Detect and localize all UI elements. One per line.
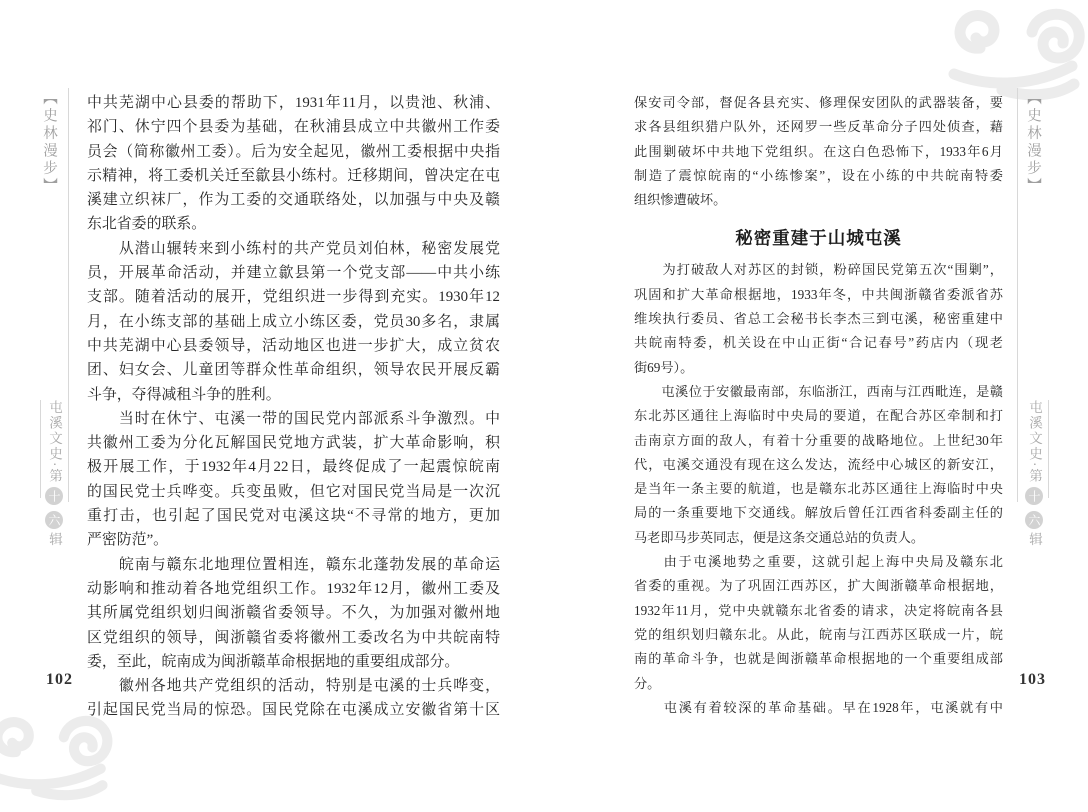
text-line: 共徽州工委为分化瓦解国民党地方武装，扩大革命影响，积	[87, 431, 500, 455]
text-line: 溪建立织袜厂，作为工委的交通联络处，以加强与中央及赣	[87, 188, 500, 212]
text-line: 求各县组织猎户队外，还网罗一些反革命分子四处侦查，藉	[634, 115, 1003, 139]
text-line: 中共芜湖中心县委领导，活动地区也进一步扩大，成立贫农	[87, 334, 500, 358]
text-line: 马老即马步英同志，便是这条交通总站的负责人。	[634, 526, 1003, 550]
right-page-intro: 保安司令部，督促各县充实、修理保安团队的武器装备，要求各县组织猎户队外，还网罗一…	[634, 91, 1003, 212]
volume-suffix: 辑	[47, 532, 62, 548]
text-line: 员会（简称徽州工委）。后为安全起见，徽州工委根据中央指	[87, 140, 500, 164]
volume-circled-char: 六	[45, 511, 63, 529]
volume-prefix: 屯溪文史·第	[47, 400, 62, 484]
volume-suffix: 辑	[1027, 532, 1042, 548]
text-line: 重打击，也引起了国民党对屯溪这块“不寻常的地方，更加	[87, 504, 500, 528]
text-line: 保安司令部，督促各县充实、修理保安团队的武器装备，要	[634, 91, 1003, 115]
text-line: 党的组织划归赣东北。从此，皖南与江西苏区联成一片，皖	[634, 623, 1003, 647]
right-page-body: 为打破敌人对苏区的封锁，粉碎国民党第五次“围剿”，巩固和扩大革命根据地，1933…	[634, 258, 1003, 720]
text-line: 1932年11月，党中央就赣东北省委的请求，决定将皖南各县	[634, 599, 1003, 623]
text-line: 严密防范”。	[87, 528, 500, 552]
text-line: 代，屯溪交通没有现在这么发达，流经中心城区的新安江，	[634, 453, 1003, 477]
text-line: 街69号）。	[634, 356, 1003, 380]
volume-label-right: 屯溪文史·第十六辑	[1024, 400, 1044, 548]
volume-label-left: 屯溪文史·第十六辑	[44, 400, 64, 548]
text-line: 极开展工作，于1932年4月22日，最终促成了一起震惊皖南	[87, 455, 500, 479]
text-line: 南的革命斗争，也就是闽浙赣革命根据地的一个重要组成部	[634, 647, 1003, 671]
right-page-text: 保安司令部，督促各县充实、修理保安团队的武器装备，要求各县组织猎户队外，还网罗一…	[634, 91, 1003, 720]
text-line: 击南京方面的敌人，有着十分重要的战略地位。上世纪30年	[634, 429, 1003, 453]
margin-divider	[68, 88, 69, 502]
text-line: 当时在休宁、屯溪一带的国民党内部派系斗争激烈。中	[87, 407, 500, 431]
margin-divider	[1048, 400, 1049, 498]
text-line: 屯溪有着较深的革命基础。早在1928年，屯溪就有中	[634, 696, 1003, 720]
text-line: 徽州各地共产党组织的活动，特别是屯溪的士兵哗变，	[87, 674, 500, 698]
text-line: 局的一条重要地下交通线。解放后曾任江西省科委副主任的	[634, 501, 1003, 525]
text-line: 屯溪位于安徽最南部，东临浙江，西南与江西毗连，是赣	[634, 380, 1003, 404]
book-spread: { "colors": { "text": "#262626", "muted_…	[0, 0, 1088, 812]
text-line: 的国民党士兵哗变。兵变虽败，但它对国民党当局是一次沉	[87, 480, 500, 504]
text-line: 中共芜湖中心县委的帮助下，1931年11月，以贵池、秋浦、	[87, 91, 500, 115]
text-line: 为打破敌人对苏区的封锁，粉碎国民党第五次“围剿”，	[634, 258, 1003, 282]
text-line: 区党组织的领导，闽浙赣省委将徽州工委改名为中共皖南特	[87, 626, 500, 650]
text-line: 斗争，夺得减租斗争的胜利。	[87, 383, 500, 407]
text-line: 月，在小练支部的基础上成立小练区委，党员30多名，隶属	[87, 310, 500, 334]
text-line: 皖南与赣东北地理位置相连，赣东北蓬勃发展的革命运	[87, 553, 500, 577]
text-line: 从潜山辗转来到小练村的共产党员刘伯林，秘密发展党	[87, 237, 500, 261]
text-line: 巩固和扩大革命根据地，1933年冬，中共闽浙赣省委派省苏	[634, 283, 1003, 307]
volume-circled-char: 六	[1025, 511, 1043, 529]
text-line: 共皖南特委，机关设在中山正街“合记春号”药店内（现老	[634, 331, 1003, 355]
series-title-left: 【史林漫步】	[39, 90, 60, 195]
margin-divider	[40, 400, 41, 498]
series-title-right: 【史林漫步】	[1023, 90, 1044, 195]
text-line: 东北苏区通往上海临时中央局的要道，在配合苏区牵制和打	[634, 404, 1003, 428]
text-line: 其所属党组织划归闽浙赣省委领导。不久，为加强对徽州地	[87, 601, 500, 625]
text-line: 示精神，将工委机关迁至歙县小练村。迁移期间，曾决定在屯	[87, 164, 500, 188]
margin-divider	[1017, 88, 1018, 502]
text-line: 此围剿破坏中共地下党组织。在这白色恐怖下，1933年6月	[634, 140, 1003, 164]
text-line: 维埃执行委员、省总工会秘书长李杰三到屯溪，秘密重建中	[634, 307, 1003, 331]
text-line: 支部。随着活动的展开，党组织进一步得到充实。1930年12	[87, 285, 500, 309]
left-page-text: 中共芜湖中心县委的帮助下，1931年11月，以贵池、秋浦、祁门、休宁四个县委为基…	[87, 91, 500, 723]
text-line: 动影响和推动着各地党组织工作。1932年12月，徽州工委及	[87, 577, 500, 601]
text-line: 引起国民党当局的惊恐。国民党除在屯溪成立安徽省第十区	[87, 698, 500, 722]
text-line: 是当年一条主要的航道，也是赣东北苏区通往上海临时中央	[634, 477, 1003, 501]
volume-prefix: 屯溪文史·第	[1027, 400, 1042, 484]
text-line: 员，开展革命活动，并建立歙县第一个党支部——中共小练	[87, 261, 500, 285]
text-line: 分。	[634, 672, 1003, 696]
page-number-right: 103	[1019, 671, 1046, 689]
text-line: 省委的重视。为了巩固江西苏区，扩大闽浙赣革命根据地，	[634, 574, 1003, 598]
text-line: 团、妇女会、儿童团等群众性革命组织，领导农民开展反霸	[87, 358, 500, 382]
text-line: 由于屯溪地势之重要，这就引起上海中央局及赣东北	[634, 550, 1003, 574]
text-line: 祁门、休宁四个县委为基础，在秋浦县成立中共徽州工作委	[87, 115, 500, 139]
text-line: 东北省委的联系。	[87, 212, 500, 236]
volume-circled-char: 十	[1025, 487, 1043, 505]
text-line: 制造了震惊皖南的“小练惨案”，设在小练的中共皖南特委	[634, 164, 1003, 188]
text-line: 组织惨遭破坏。	[634, 188, 1003, 212]
section-heading: 秘密重建于山城屯溪	[634, 225, 1003, 251]
page-number-left: 102	[46, 671, 73, 689]
text-line: 委，至此，皖南成为闽浙赣革命根据地的重要组成部分。	[87, 650, 500, 674]
volume-circled-char: 十	[45, 487, 63, 505]
